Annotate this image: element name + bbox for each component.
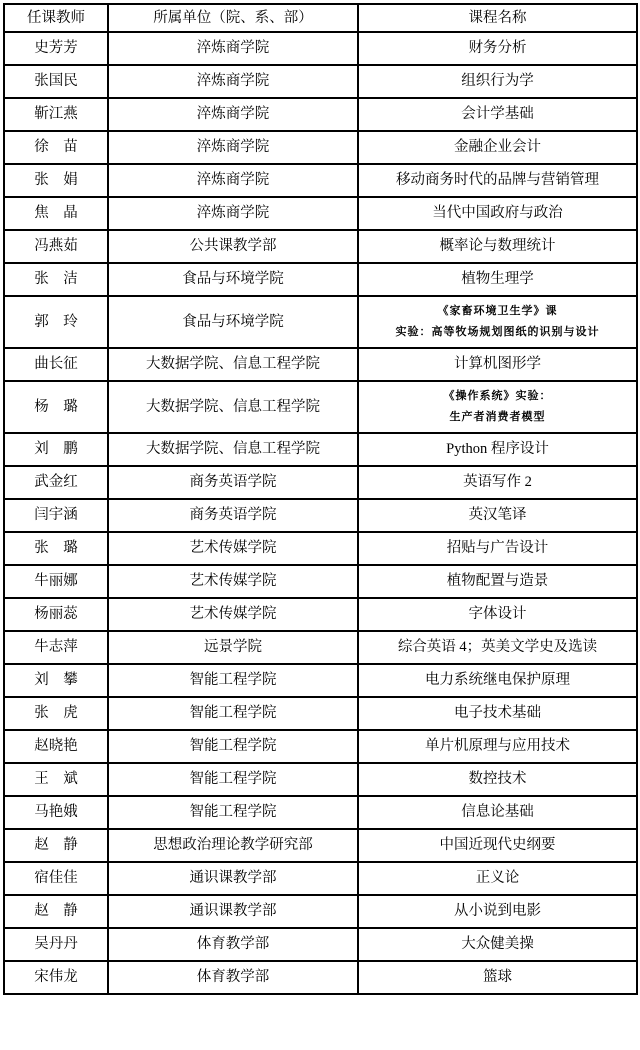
teacher-cell: 宿佳佳	[4, 862, 108, 895]
course-line: 生产者消费者模型	[361, 407, 634, 428]
table-row: 刘 鹏大数据学院、信息工程学院Python 程序设计	[4, 433, 637, 466]
table-row: 曲长征大数据学院、信息工程学院计算机图形学	[4, 348, 637, 381]
table-row: 冯燕茹公共课教学部概率论与数理统计	[4, 230, 637, 263]
unit-cell: 淬炼商学院	[108, 131, 358, 164]
teacher-cell: 吴丹丹	[4, 928, 108, 961]
teacher-cell: 杨丽蕊	[4, 598, 108, 631]
column-header-course: 课程名称	[358, 4, 637, 32]
unit-cell: 体育教学部	[108, 961, 358, 994]
table-row: 宋伟龙体育教学部篮球	[4, 961, 637, 994]
course-cell: 当代中国政府与政治	[358, 197, 637, 230]
course-cell: 电子技术基础	[358, 697, 637, 730]
teacher-cell: 刘 鹏	[4, 433, 108, 466]
unit-cell: 大数据学院、信息工程学院	[108, 381, 358, 433]
unit-cell: 淬炼商学院	[108, 65, 358, 98]
unit-cell: 淬炼商学院	[108, 164, 358, 197]
unit-cell: 公共课教学部	[108, 230, 358, 263]
teacher-cell: 赵晓艳	[4, 730, 108, 763]
teacher-cell: 刘 攀	[4, 664, 108, 697]
unit-cell: 商务英语学院	[108, 466, 358, 499]
unit-cell: 智能工程学院	[108, 664, 358, 697]
course-cell: 大众健美操	[358, 928, 637, 961]
unit-cell: 通识课教学部	[108, 895, 358, 928]
course-cell: 从小说到电影	[358, 895, 637, 928]
unit-cell: 思想政治理论教学研究部	[108, 829, 358, 862]
course-cell: 《操作系统》实验：生产者消费者模型	[358, 381, 637, 433]
column-header-unit: 所属单位（院、系、部）	[108, 4, 358, 32]
course-cell: 招贴与广告设计	[358, 532, 637, 565]
teacher-cell: 王 斌	[4, 763, 108, 796]
course-cell: 篮球	[358, 961, 637, 994]
table-row: 张 虎智能工程学院电子技术基础	[4, 697, 637, 730]
unit-cell: 淬炼商学院	[108, 197, 358, 230]
table-row: 靳江燕淬炼商学院会计学基础	[4, 98, 637, 131]
table-row: 杨 璐大数据学院、信息工程学院《操作系统》实验：生产者消费者模型	[4, 381, 637, 433]
table-row: 武金红商务英语学院英语写作 2	[4, 466, 637, 499]
unit-cell: 大数据学院、信息工程学院	[108, 348, 358, 381]
course-cell: 组织行为学	[358, 65, 637, 98]
teacher-cell: 牛丽娜	[4, 565, 108, 598]
table-row: 徐 苗淬炼商学院金融企业会计	[4, 131, 637, 164]
table-row: 史芳芳淬炼商学院财务分析	[4, 32, 637, 65]
unit-cell: 艺术传媒学院	[108, 598, 358, 631]
table-row: 郭 玲食品与环境学院《家畜环境卫生学》课实验：高等牧场规划图纸的识别与设计	[4, 296, 637, 348]
teacher-cell: 郭 玲	[4, 296, 108, 348]
table-row: 张 娟淬炼商学院移动商务时代的品牌与营销管理	[4, 164, 637, 197]
course-cell: 电力系统继电保护原理	[358, 664, 637, 697]
teacher-cell: 史芳芳	[4, 32, 108, 65]
course-cell: 会计学基础	[358, 98, 637, 131]
unit-cell: 智能工程学院	[108, 763, 358, 796]
course-table: 任课教师 所属单位（院、系、部） 课程名称 史芳芳淬炼商学院财务分析张国民淬炼商…	[3, 3, 638, 995]
course-cell: Python 程序设计	[358, 433, 637, 466]
unit-cell: 智能工程学院	[108, 697, 358, 730]
teacher-cell: 徐 苗	[4, 131, 108, 164]
teacher-cell: 焦 晶	[4, 197, 108, 230]
course-cell: 数控技术	[358, 763, 637, 796]
document-page: 任课教师 所属单位（院、系、部） 课程名称 史芳芳淬炼商学院财务分析张国民淬炼商…	[0, 0, 640, 1050]
course-cell: 单片机原理与应用技术	[358, 730, 637, 763]
table-row: 吴丹丹体育教学部大众健美操	[4, 928, 637, 961]
table-row: 焦 晶淬炼商学院当代中国政府与政治	[4, 197, 637, 230]
unit-cell: 大数据学院、信息工程学院	[108, 433, 358, 466]
table-row: 闫宇涵商务英语学院英汉笔译	[4, 499, 637, 532]
table-row: 张 洁食品与环境学院植物生理学	[4, 263, 637, 296]
teacher-cell: 张 璐	[4, 532, 108, 565]
teacher-cell: 杨 璐	[4, 381, 108, 433]
table-row: 张国民淬炼商学院组织行为学	[4, 65, 637, 98]
unit-cell: 商务英语学院	[108, 499, 358, 532]
table-row: 马艳娥智能工程学院信息论基础	[4, 796, 637, 829]
teacher-cell: 张 虎	[4, 697, 108, 730]
header-row: 任课教师 所属单位（院、系、部） 课程名称	[4, 4, 637, 32]
course-cell: 英汉笔译	[358, 499, 637, 532]
unit-cell: 艺术传媒学院	[108, 532, 358, 565]
teacher-cell: 张国民	[4, 65, 108, 98]
unit-cell: 食品与环境学院	[108, 296, 358, 348]
unit-cell: 食品与环境学院	[108, 263, 358, 296]
teacher-cell: 赵 静	[4, 829, 108, 862]
course-cell: 正义论	[358, 862, 637, 895]
teacher-cell: 武金红	[4, 466, 108, 499]
teacher-cell: 靳江燕	[4, 98, 108, 131]
course-cell: 英语写作 2	[358, 466, 637, 499]
course-cell: 字体设计	[358, 598, 637, 631]
unit-cell: 艺术传媒学院	[108, 565, 358, 598]
table-row: 赵晓艳智能工程学院单片机原理与应用技术	[4, 730, 637, 763]
table-body: 史芳芳淬炼商学院财务分析张国民淬炼商学院组织行为学靳江燕淬炼商学院会计学基础徐 …	[4, 32, 637, 994]
unit-cell: 淬炼商学院	[108, 98, 358, 131]
course-line: 《操作系统》实验：	[361, 386, 634, 407]
course-cell: 概率论与数理统计	[358, 230, 637, 263]
unit-cell: 远景学院	[108, 631, 358, 664]
teacher-cell: 张 娟	[4, 164, 108, 197]
course-cell: 中国近现代史纲要	[358, 829, 637, 862]
teacher-cell: 牛志萍	[4, 631, 108, 664]
column-header-teacher: 任课教师	[4, 4, 108, 32]
teacher-cell: 曲长征	[4, 348, 108, 381]
unit-cell: 智能工程学院	[108, 730, 358, 763]
table-row: 赵 静通识课教学部从小说到电影	[4, 895, 637, 928]
course-cell: 植物配置与造景	[358, 565, 637, 598]
course-cell: 信息论基础	[358, 796, 637, 829]
table-row: 赵 静思想政治理论教学研究部中国近现代史纲要	[4, 829, 637, 862]
unit-cell: 智能工程学院	[108, 796, 358, 829]
table-row: 张 璐艺术传媒学院招贴与广告设计	[4, 532, 637, 565]
teacher-cell: 张 洁	[4, 263, 108, 296]
unit-cell: 体育教学部	[108, 928, 358, 961]
course-cell: 财务分析	[358, 32, 637, 65]
unit-cell: 淬炼商学院	[108, 32, 358, 65]
table-row: 刘 攀智能工程学院电力系统继电保护原理	[4, 664, 637, 697]
course-cell: 《家畜环境卫生学》课实验：高等牧场规划图纸的识别与设计	[358, 296, 637, 348]
teacher-cell: 马艳娥	[4, 796, 108, 829]
table-row: 王 斌智能工程学院数控技术	[4, 763, 637, 796]
teacher-cell: 赵 静	[4, 895, 108, 928]
course-cell: 移动商务时代的品牌与营销管理	[358, 164, 637, 197]
unit-cell: 通识课教学部	[108, 862, 358, 895]
table-row: 杨丽蕊艺术传媒学院字体设计	[4, 598, 637, 631]
course-cell: 计算机图形学	[358, 348, 637, 381]
table-row: 宿佳佳通识课教学部正义论	[4, 862, 637, 895]
table-row: 牛志萍远景学院综合英语 4；英美文学史及选读	[4, 631, 637, 664]
course-cell: 综合英语 4；英美文学史及选读	[358, 631, 637, 664]
teacher-cell: 闫宇涵	[4, 499, 108, 532]
teacher-cell: 冯燕茹	[4, 230, 108, 263]
course-cell: 金融企业会计	[358, 131, 637, 164]
teacher-cell: 宋伟龙	[4, 961, 108, 994]
table-row: 牛丽娜艺术传媒学院植物配置与造景	[4, 565, 637, 598]
course-line: 实验：高等牧场规划图纸的识别与设计	[361, 322, 634, 343]
course-line: 《家畜环境卫生学》课	[361, 301, 634, 322]
course-cell: 植物生理学	[358, 263, 637, 296]
